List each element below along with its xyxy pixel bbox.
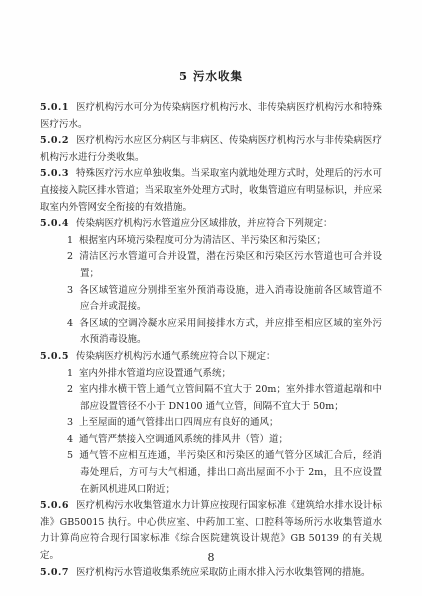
clause-5-0-5: 5.0.5传染病医疗机构污水通气系统应符合以下规定： — [40, 349, 382, 366]
section-title: 5 污水收集 — [40, 68, 382, 84]
clause-text: 医疗机构污水管道收集系统应采取防止雨水排入污水收集管网的措施。 — [76, 567, 371, 578]
clause-5-0-5-item-4: 4通气管严禁接入空调通风系统的排风井（管）道； — [40, 432, 382, 449]
item-number: 2 — [67, 251, 73, 262]
clause-text: 特殊医疗污水应单独收集。当采取室内就地处理方式时，处理后的污水可直接接入院区排水… — [40, 168, 382, 212]
clause-5-0-4-item-4: 4各区域的空调冷凝水应采用间接排水方式，并应排至相应区域的室外污水预消毒设施。 — [40, 316, 382, 349]
item-text: 根据室内环境污染程度可分为清洁区、半污染区和污染区； — [79, 235, 326, 246]
clause-5-0-4-item-2: 2清洁区污水管道可合并设置，潜在污染区和污染区污水管道也可合并设置； — [40, 249, 382, 282]
item-number: 2 — [67, 384, 73, 395]
clause-text: 医疗机构污水应区分病区与非病区、传染病医疗机构污水与非传染病医疗机构污水进行分类… — [40, 135, 382, 163]
clause-number: 5.0.5 — [40, 351, 69, 362]
clause-text: 传染病医疗机构污水通气系统应符合以下规定： — [76, 351, 276, 362]
clause-number: 5.0.6 — [40, 500, 69, 511]
clause-5-0-5-item-2: 2室内排水横干管上通气立管间隔不宜大于 20m；室外排水管道起端和中部应设置管径… — [40, 382, 382, 415]
item-text: 清洁区污水管道可合并设置，潜在污染区和污染区污水管道也可合并设置； — [79, 251, 382, 279]
clause-5-0-7: 5.0.7医疗机构污水管道收集系统应采取防止雨水排入污水收集管网的措施。 — [40, 565, 382, 582]
clause-number: 5.0.7 — [40, 567, 69, 578]
clause-5-0-4-item-3: 3各区域管道应分别排至室外预消毒设施，进入消毒设施前各区域管道不应合并或混接。 — [40, 283, 382, 316]
item-number: 4 — [67, 434, 73, 445]
clause-number: 5.0.4 — [40, 218, 69, 229]
item-number: 3 — [67, 417, 73, 428]
item-number: 5 — [67, 450, 73, 461]
clause-5-0-5-item-5: 5通气管不应相互连通，半污染区和污染区的通气管分区域汇合后，经消毒处理后，方可与… — [40, 448, 382, 498]
document-page: 5 污水收集 5.0.1医疗机构污水可分为传染病医疗机构污水、非传染病医疗机构污… — [0, 0, 422, 596]
item-number: 4 — [67, 318, 73, 329]
clause-5-0-4-item-1: 1根据室内环境污染程度可分为清洁区、半污染区和污染区； — [40, 233, 382, 250]
item-text: 室内外排水管道均应设置通气系统； — [79, 368, 231, 379]
clause-5-0-5-item-1: 1室内外排水管道均应设置通气系统； — [40, 366, 382, 383]
clause-text: 医疗机构污水可分为传染病医疗机构污水、非传染病医疗机构污水和特殊医疗污水。 — [40, 102, 382, 130]
clause-5-0-5-item-3: 3上至屋面的通气管排出口四周应有良好的通风； — [40, 415, 382, 432]
item-text: 各区域的空调冷凝水应采用间接排水方式，并应排至相应区域的室外污水预消毒设施。 — [79, 318, 382, 346]
item-text: 通气管不应相互连通，半污染区和污染区的通气管分区域汇合后，经消毒处理后，方可与大… — [79, 450, 382, 494]
clause-5-0-4: 5.0.4传染病医疗机构污水管道应分区域排放，并应符合下列规定： — [40, 216, 382, 233]
clause-5-0-3: 5.0.3特殊医疗污水应单独收集。当采取室内就地处理方式时，处理后的污水可直接接… — [40, 166, 382, 216]
item-text: 室内排水横干管上通气立管间隔不宜大于 20m；室外排水管道起端和中部应设置管径不… — [79, 384, 382, 412]
clause-number: 5.0.3 — [40, 168, 69, 179]
clause-text: 传染病医疗机构污水管道应分区域排放，并应符合下列规定： — [76, 218, 333, 229]
clause-number: 5.0.1 — [40, 102, 69, 113]
clause-number: 5.0.2 — [40, 135, 69, 146]
page-number: 8 — [0, 551, 422, 564]
clause-5-0-2: 5.0.2医疗机构污水应区分病区与非病区、传染病医疗机构污水与非传染病医疗机构污… — [40, 133, 382, 166]
item-number: 1 — [67, 235, 73, 246]
item-text: 通气管严禁接入空调通风系统的排风井（管）道； — [79, 434, 288, 445]
item-number: 3 — [67, 285, 73, 296]
item-number: 1 — [67, 368, 73, 379]
document-body: 5.0.1医疗机构污水可分为传染病医疗机构污水、非传染病医疗机构污水和特殊医疗污… — [40, 100, 382, 581]
clause-5-0-1: 5.0.1医疗机构污水可分为传染病医疗机构污水、非传染病医疗机构污水和特殊医疗污… — [40, 100, 382, 133]
item-text: 上至屋面的通气管排出口四周应有良好的通风； — [79, 417, 279, 428]
item-text: 各区域管道应分别排至室外预消毒设施，进入消毒设施前各区域管道不应合并或混接。 — [79, 285, 382, 313]
